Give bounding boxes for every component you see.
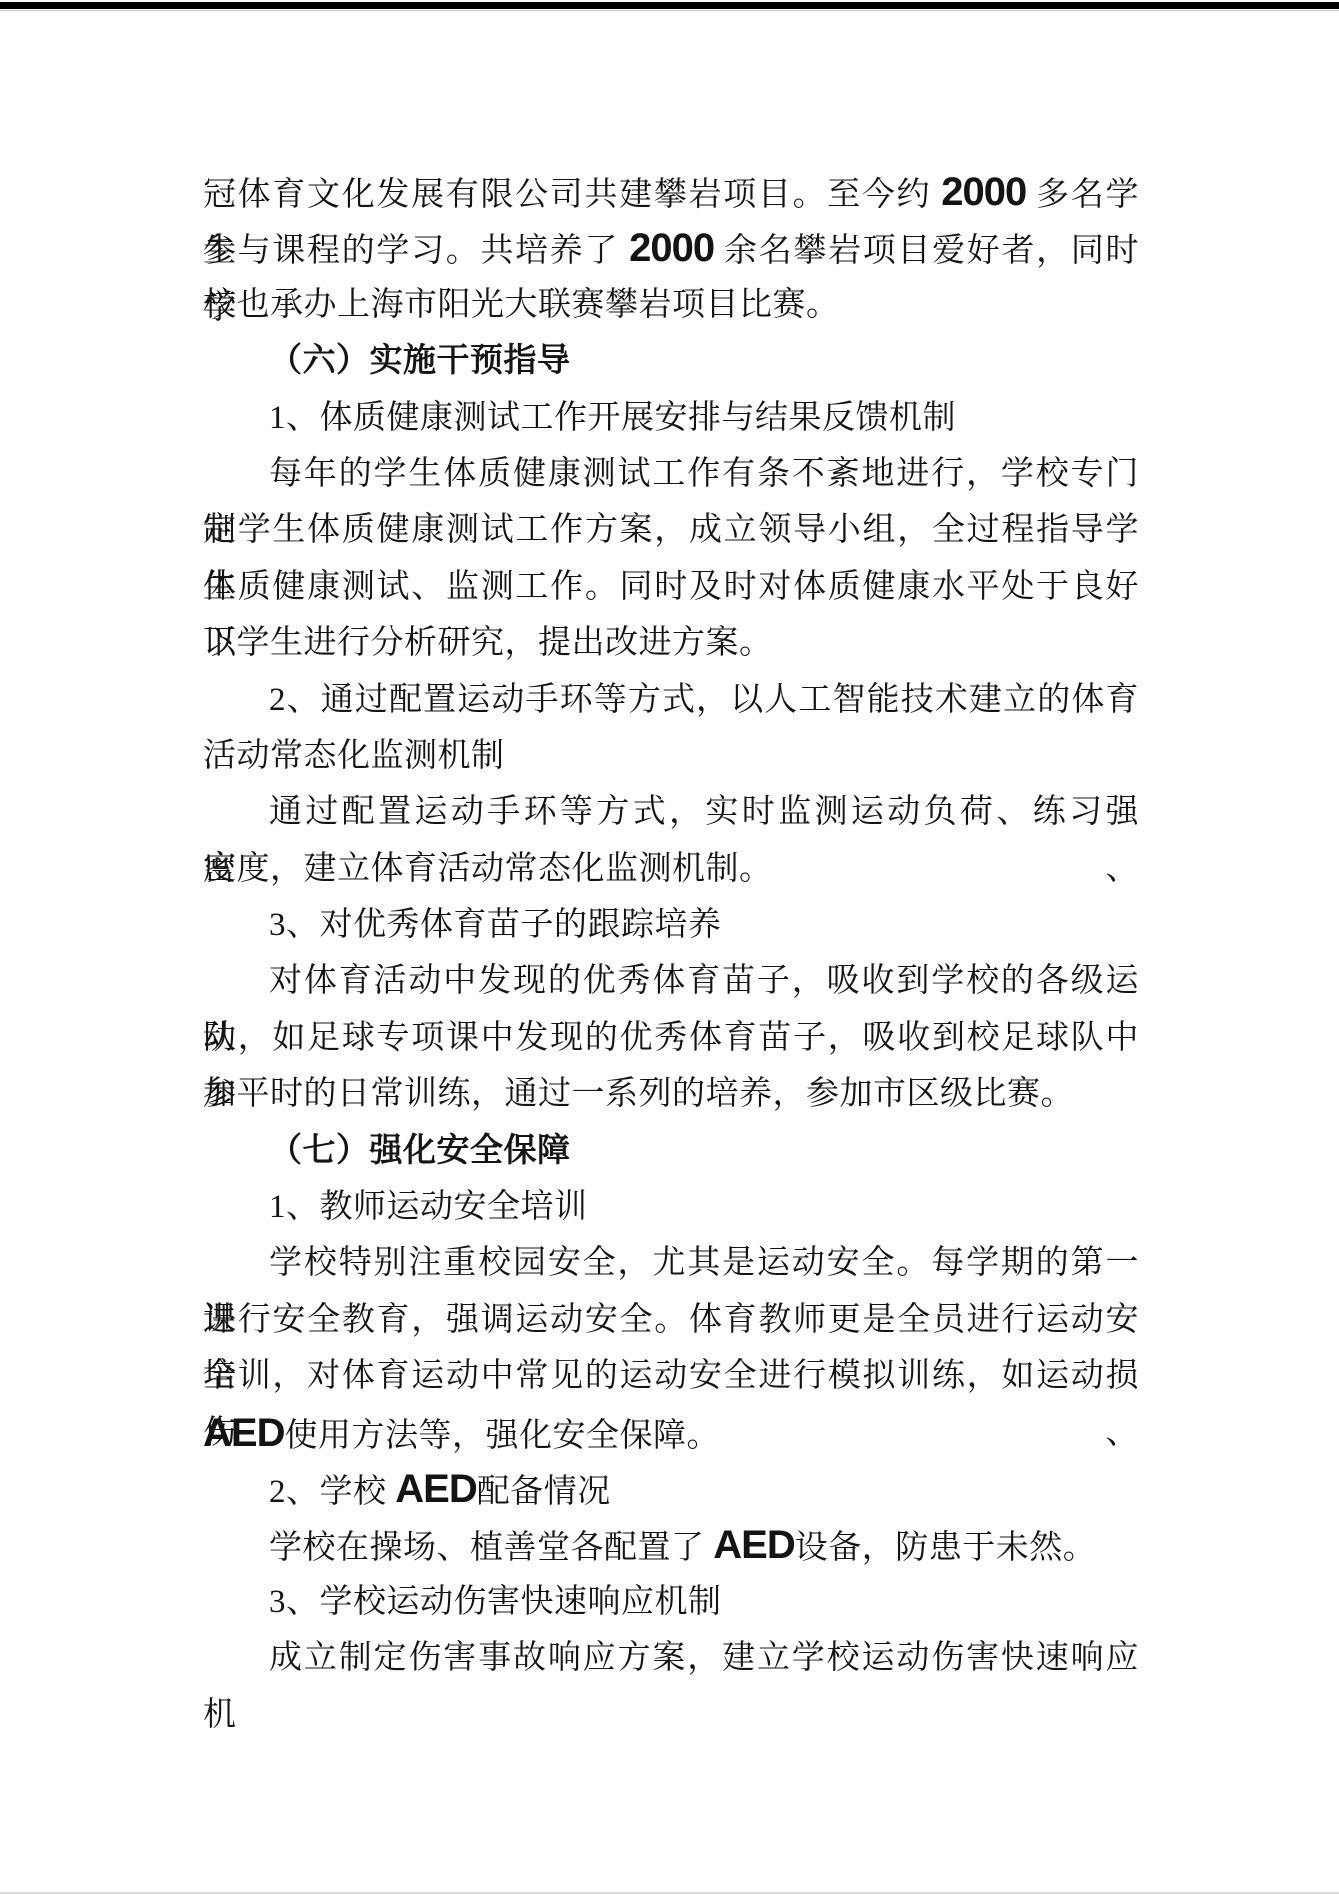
text-line: 培训，对体育运动中常见的运动安全进行模拟训练，如运动损伤、 xyxy=(203,1348,1139,1404)
cjk-text: 1、教师运动安全培训 xyxy=(269,1189,588,1225)
text-line: 通过配置运动手环等方式，实时监测运动负荷、练习强度、 xyxy=(203,784,1139,840)
text-line: 1、体质健康测试工作开展安排与结果反馈机制 xyxy=(203,390,1139,446)
latin-text: AED xyxy=(395,1467,476,1511)
text-line: 成立制定伤害事故响应方案，建立学校运动伤害快速响应机 xyxy=(203,1630,1139,1686)
text-line: 参与课程的学习。共培养了 2000 余名攀岩项目爱好者，同时学 xyxy=(203,220,1139,276)
cjk-text: 活动常态化监测机制 xyxy=(203,738,505,774)
cjk-text: 参与课程的学习。共培养了 xyxy=(203,233,629,269)
cjk-text: 2、通过配置运动手环等方式，以人工智能技术建立的体育 xyxy=(269,682,1139,718)
cjk-text: 校也承办上海市阳光大联赛攀岩项目比赛。 xyxy=(203,287,840,323)
text-line: 3、对优秀体育苗子的跟踪培养 xyxy=(203,897,1139,953)
text-line: 对体育活动中发现的优秀体育苗子，吸收到学校的各级运动 xyxy=(203,953,1139,1009)
heading-line: （七）强化安全保障 xyxy=(203,1123,1139,1179)
cjk-text: （六）实施干预指导 xyxy=(269,343,571,379)
document-page: { "page": { "language": "zh-CN", "backgr… xyxy=(0,0,1339,1894)
heading-line: （六）实施干预指导 xyxy=(203,333,1139,389)
text-line: 学校特别注重校园安全，尤其是运动安全。每学期的第一课 xyxy=(203,1235,1139,1291)
text-line: 2、学校 AED配备情况 xyxy=(203,1461,1139,1517)
text-line: 体质健康测试、监测工作。同时及时对体质健康水平处于良好以 xyxy=(203,559,1139,615)
cjk-text: 1、体质健康测试工作开展安排与结果反馈机制 xyxy=(269,400,956,436)
cjk-text: 下学生进行分析研究，提出改进方案。 xyxy=(203,625,773,661)
cjk-text: 冠体育文化发展有限公司共建攀岩项目。至今约 xyxy=(203,177,941,213)
text-line: 定学生体质健康测试工作方案，成立领导小组，全过程指导学生 xyxy=(203,502,1139,558)
latin-text: 2000 xyxy=(941,170,1026,214)
text-line: 加平时的日常训练，通过一系列的培养，参加市区级比赛。 xyxy=(203,1066,1139,1122)
text-line: 队，如足球专项课中发现的优秀体育苗子，吸收到校足球队中参 xyxy=(203,1010,1139,1066)
text-line: 下学生进行分析研究，提出改进方案。 xyxy=(203,615,1139,671)
cjk-text: 密度，建立体育活动常态化监测机制。 xyxy=(203,851,773,887)
text-line: 进行安全教育，强调运动安全。体育教师更是全员进行运动安全 xyxy=(203,1292,1139,1348)
text-line: 每年的学生体质健康测试工作有条不紊地进行，学校专门制 xyxy=(203,446,1139,502)
text-line: 校也承办上海市阳光大联赛攀岩项目比赛。 xyxy=(203,277,1139,333)
latin-text: 2000 xyxy=(629,226,714,270)
cjk-text: 3、学校运动伤害快速响应机制 xyxy=(269,1584,722,1620)
text-line: 学校在操场、植善堂各配置了 AED设备，防患于未然。 xyxy=(203,1517,1139,1573)
cjk-text: （七）强化安全保障 xyxy=(269,1133,571,1169)
cjk-text: 3、对优秀体育苗子的跟踪培养 xyxy=(269,907,722,943)
text-line: 冠体育文化发展有限公司共建攀岩项目。至今约 2000 多名学生 xyxy=(203,164,1139,220)
cjk-text: 成立制定伤害事故响应方案，建立学校运动伤害快速响应机 xyxy=(203,1640,1139,1732)
text-line: 1、教师运动安全培训 xyxy=(203,1179,1139,1235)
text-line: 2、通过配置运动手环等方式，以人工智能技术建立的体育 xyxy=(203,672,1139,728)
latin-text: AED xyxy=(203,1411,284,1455)
cjk-text: 学校在操场、植善堂各配置了 xyxy=(269,1530,713,1566)
cjk-text: 加平时的日常训练，通过一系列的培养，参加市区级比赛。 xyxy=(203,1076,1074,1112)
cjk-text: 配备情况 xyxy=(477,1474,611,1510)
page-top-hairline xyxy=(0,10,1339,11)
latin-text: AED xyxy=(713,1523,794,1567)
cjk-text: 设备，防患于未然。 xyxy=(795,1530,1097,1566)
cjk-text: 2、学校 xyxy=(269,1474,395,1510)
cjk-text: 使用方法等，强化安全保障。 xyxy=(284,1418,720,1454)
document-text-block: 冠体育文化发展有限公司共建攀岩项目。至今约 2000 多名学生参与课程的学习。共… xyxy=(203,164,1139,1687)
text-line: 活动常态化监测机制 xyxy=(203,728,1139,784)
text-line: 3、学校运动伤害快速响应机制 xyxy=(203,1574,1139,1630)
page-top-border xyxy=(0,2,1339,9)
